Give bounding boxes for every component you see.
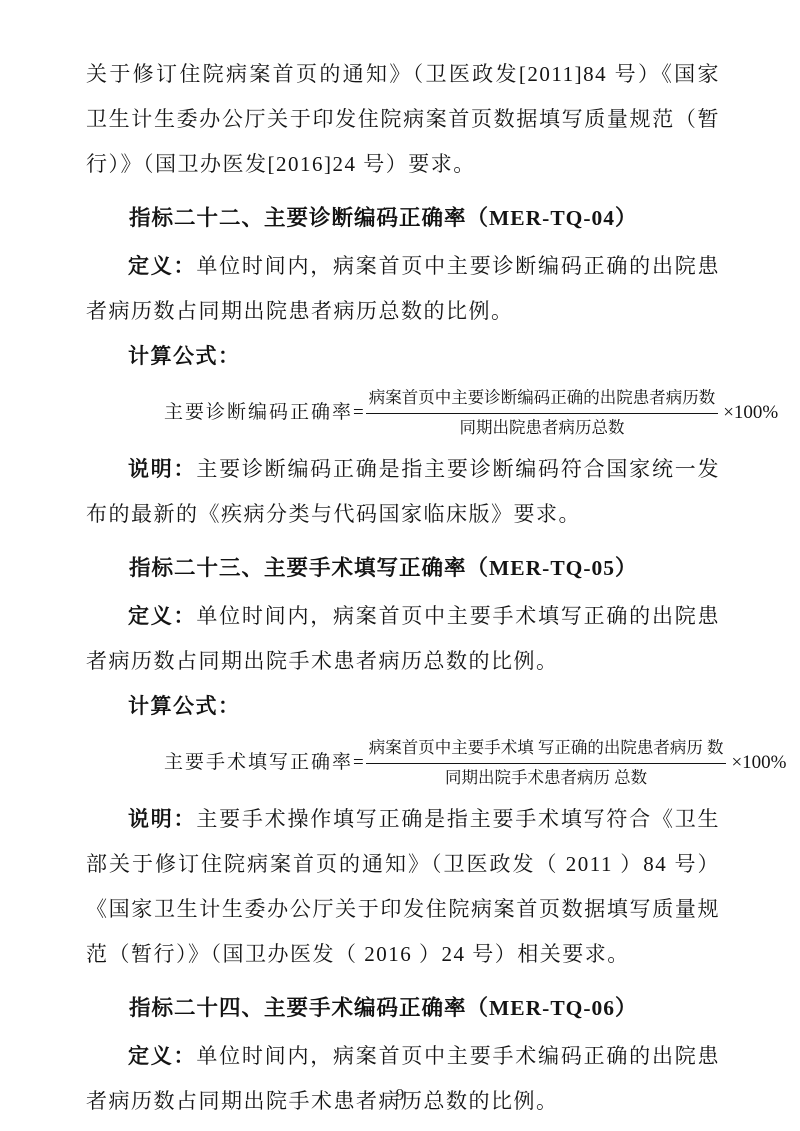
indicator-section-23: 指标二十三、主要手术填写正确率（MER-TQ-05） 定义：单位时间内，病案首页… xyxy=(86,546,720,977)
formula-fraction: 病案首页中主要诊断编码正确的出院患者病历数 同期出院患者病历总数 xyxy=(366,387,719,439)
definition-paragraph: 定义：单位时间内，病案首页中主要手术编码正确的出院患者病历数占同期出院手术患者病… xyxy=(86,1034,720,1124)
section-heading: 指标二十三、主要手术填写正确率（MER-TQ-05） xyxy=(86,546,720,591)
note-paragraph: 说明：主要手术操作填写正确是指主要手术填写符合《卫生部关于修订住院病案首页的通知… xyxy=(86,797,720,977)
formula: 主要手术填写正确率= 病案首页中主要手术填 写正确的出院患者病历 数 同期出院手… xyxy=(164,734,720,792)
definition-label: 定义： xyxy=(128,604,196,628)
section-heading: 指标二十四、主要手术编码正确率（MER-TQ-06） xyxy=(86,986,720,1031)
section-heading: 指标二十二、主要诊断编码正确率（MER-TQ-04） xyxy=(86,196,720,241)
formula: 主要诊断编码正确率= 病案首页中主要诊断编码正确的出院患者病历数 同期出院患者病… xyxy=(164,384,720,442)
formula-numerator: 病案首页中主要手术填 写正确的出院患者病历 数 xyxy=(366,737,727,763)
formula-denominator: 同期出院患者病历总数 xyxy=(366,414,719,439)
formula-fraction: 病案首页中主要手术填 写正确的出院患者病历 数 同期出院手术患者病历 总数 xyxy=(366,737,727,789)
formula-label: 计算公式： xyxy=(86,684,720,729)
page-number: 9 xyxy=(0,1085,800,1105)
formula-denominator: 同期出院手术患者病历 总数 xyxy=(366,764,727,789)
definition-label: 定义： xyxy=(128,254,196,278)
formula-lhs: 主要诊断编码正确率= xyxy=(164,400,366,426)
note-paragraph: 说明：主要诊断编码正确是指主要诊断编码符合国家统一发布的最新的《疾病分类与代码国… xyxy=(86,447,720,537)
indicator-section-22: 指标二十二、主要诊断编码正确率（MER-TQ-04） 定义：单位时间内，病案首页… xyxy=(86,196,720,537)
formula-lhs: 主要手术填写正确率= xyxy=(164,750,366,776)
formula-label: 计算公式： xyxy=(86,334,720,379)
formula-multiplier: ×100% xyxy=(731,750,786,776)
intro-paragraph: 关于修订住院病案首页的通知》（卫医政发[2011]84 号）《国家卫生计生委办公… xyxy=(86,52,720,187)
formula-numerator: 病案首页中主要诊断编码正确的出院患者病历数 xyxy=(366,387,719,413)
formula-multiplier: ×100% xyxy=(723,400,778,426)
definition-paragraph: 定义：单位时间内，病案首页中主要手术填写正确的出院患者病历数占同期出院手术患者病… xyxy=(86,594,720,684)
document-page: 关于修订住院病案首页的通知》（卫医政发[2011]84 号）《国家卫生计生委办公… xyxy=(0,0,800,1124)
note-label: 说明： xyxy=(128,807,196,831)
note-label: 说明： xyxy=(128,457,196,481)
definition-paragraph: 定义：单位时间内，病案首页中主要诊断编码正确的出院患者病历数占同期出院患者病历总… xyxy=(86,244,720,334)
definition-label: 定义： xyxy=(128,1044,196,1068)
